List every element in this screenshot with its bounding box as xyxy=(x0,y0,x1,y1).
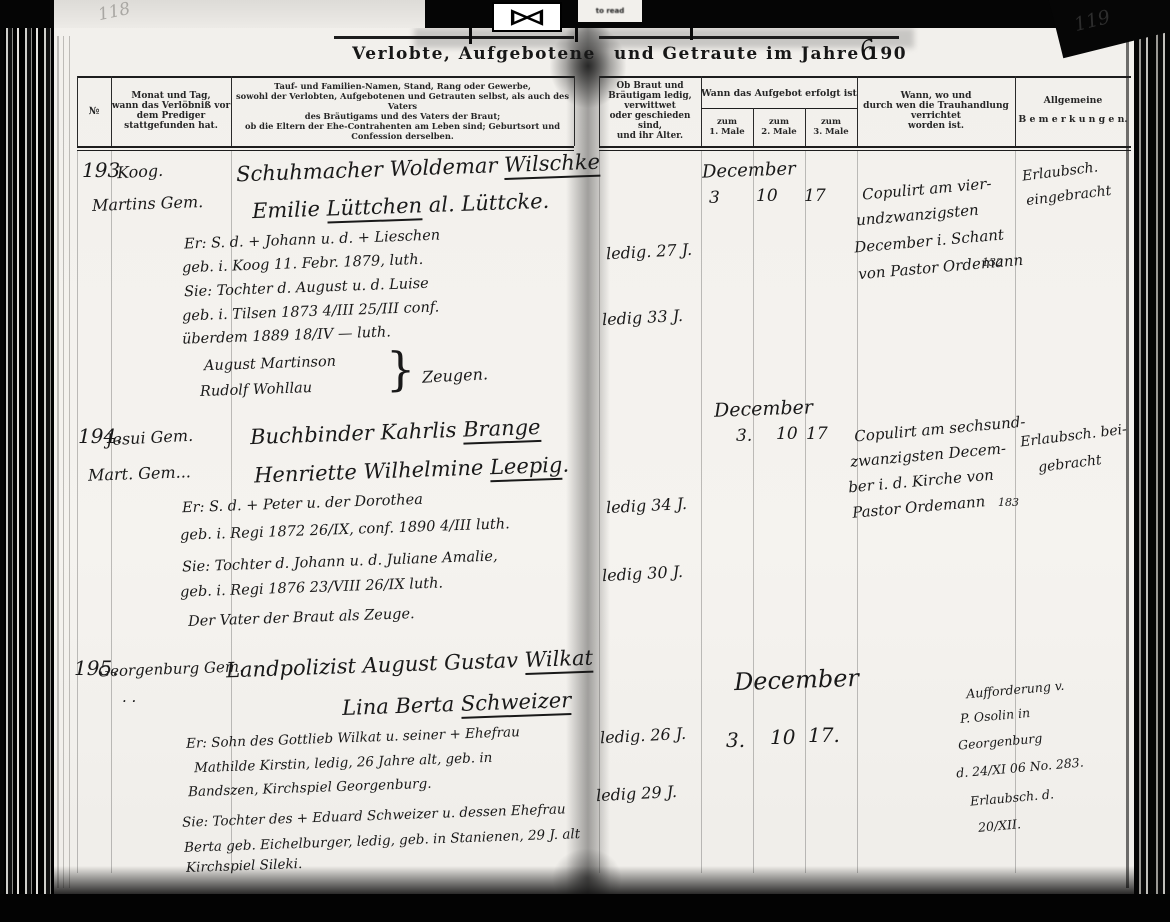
entry-detail-line: Sie: Tochter d. Johann u. d. Juliane Ama… xyxy=(182,548,498,575)
remark-line: Erlaubsch. bei- xyxy=(1019,422,1127,451)
entry-name-line: Buchbinder Kahrlis Brange xyxy=(250,415,541,449)
column-rule xyxy=(805,151,806,873)
header-banns-3: zum 3. Male xyxy=(805,110,857,144)
remark-line: P. Osolin in xyxy=(959,705,1030,726)
header-number: № xyxy=(77,78,111,144)
remark-line: gebracht xyxy=(1037,452,1102,476)
wedding-line: ber i. d. Kirche von xyxy=(847,466,994,497)
banns-date-3: 17 xyxy=(806,424,828,444)
page-edge-line xyxy=(69,36,70,888)
scan-artifact-tick xyxy=(690,28,693,40)
entry-detail-line: Sie: Tochter des + Eduard Schweizer u. d… xyxy=(182,801,566,830)
table-rule xyxy=(599,150,1131,151)
table-rule xyxy=(77,150,574,151)
remark-line: d. 24/XI 06 No. 283. xyxy=(956,754,1085,780)
table-rule xyxy=(599,146,1131,148)
entry-name-line: Lina Berta Schweizer xyxy=(342,688,572,720)
header-remarks: Allgemeine B e m e r k u n g e n. xyxy=(1015,78,1131,144)
entry-parish-line: · · xyxy=(122,692,136,710)
wedding-page-note: 183 xyxy=(998,496,1019,509)
header-date: Monat und Tag, wann das Verlöbniß vor de… xyxy=(111,78,231,144)
book-spine-edge xyxy=(4,28,54,896)
scan-artifact-line xyxy=(599,36,899,39)
table-rule xyxy=(701,108,857,109)
entry-detail-line: Mathilde Kirstin, ledig, 26 Jahre alt, g… xyxy=(194,750,493,776)
entry-name-line: Schuhmacher Woldemar Wilschke xyxy=(236,150,601,187)
entry-name-line: Emilie Lüttchen al. Lüttcke. xyxy=(252,189,550,223)
banns-date-1: 3 xyxy=(709,188,720,208)
entry-detail-line: überdem 1889 18/IV — luth. xyxy=(182,324,391,347)
wedding-line: Copulirt am vier- xyxy=(861,174,992,203)
entry-parish-line: Georgenburg Gem. xyxy=(98,657,244,680)
entry-status: ledig 30 J. xyxy=(602,562,684,585)
open-book-icon: ⋈ xyxy=(507,5,548,29)
entry-name-line: Landpolizist August Gustav Wilkat xyxy=(226,646,594,683)
banns-date-1: 3. xyxy=(726,728,745,752)
page-edge-line xyxy=(57,36,59,888)
column-rule xyxy=(599,151,600,873)
header-status: Ob Braut und Bräutigam ledig, verwittwet… xyxy=(599,78,701,144)
page-title-left: Verlobte, Aufgebotene xyxy=(344,44,604,64)
banns-date-2: 10 xyxy=(756,186,778,206)
entry-detail-line: geb. i. Tilsen 1873 4/III 25/III conf. xyxy=(182,300,440,325)
header-names: Tauf- und Familien-Namen, Stand, Rang od… xyxy=(231,78,574,144)
microfilm-label: to read xyxy=(578,0,642,22)
entry-status: ledig. 27 J. xyxy=(606,240,693,263)
column-rule xyxy=(701,151,702,873)
entry-parish-line: Martins Gem. xyxy=(92,192,204,215)
entry-parish-line: Mart. Gem... xyxy=(88,462,191,485)
scan-artifact-tick xyxy=(575,28,578,42)
banns-date-1: 3. xyxy=(736,426,752,446)
page-edge-line xyxy=(63,36,64,888)
banns-date-2: 10 xyxy=(770,725,795,749)
remark-line: Erlaubsch. d. xyxy=(970,786,1055,808)
witness-brace: } xyxy=(386,342,415,396)
entry-status: ledig. 26 J. xyxy=(600,724,687,747)
table-rule xyxy=(77,146,574,148)
entry-detail-line: Sie: Tochter d. August u. d. Luise xyxy=(184,276,429,301)
entry-detail-line: Er: Sohn des Gottlieb Wilkat u. seiner +… xyxy=(186,724,520,752)
scan-bottom-bar xyxy=(0,894,1170,922)
column-rule xyxy=(77,151,78,873)
entry-detail-line: geb. i. Koog 11. Febr. 1879, luth. xyxy=(182,252,424,276)
column-rule xyxy=(753,151,754,873)
entry-parish-line: Koog. xyxy=(117,161,164,182)
entry-detail-line: geb. i. Regi 1876 23/VIII 26/IX luth. xyxy=(180,575,444,600)
entry-witness-line: August Martinson xyxy=(204,354,337,375)
banns-month: December xyxy=(714,396,814,421)
page-title-right: und Getraute im Jahre 190 xyxy=(614,44,864,64)
entry-number: 193 xyxy=(82,158,120,182)
entry-parish-line: Jesui Gem. xyxy=(106,426,194,450)
wedding-page-note: 132 xyxy=(982,256,1003,269)
remark-line: Erlaubsch. xyxy=(1021,159,1099,184)
banns-date-3: 17. xyxy=(808,723,840,747)
wedding-line: December i. Schant xyxy=(854,225,1005,256)
entry-status: ledig 29 J. xyxy=(596,782,678,805)
wedding-line: Pastor Ordemann xyxy=(851,492,986,522)
microfilm-marker: ⋈ xyxy=(492,2,562,32)
entry-detail-line: Er: S. d. + Johann u. d. + Lieschen xyxy=(184,228,441,253)
page-stack-edge xyxy=(1136,28,1170,896)
header-banns-1: zum 1. Male xyxy=(701,110,753,144)
register-page: Verlobte, Aufgebotene und Getraute im Ja… xyxy=(54,28,1134,896)
scan-artifact-line xyxy=(334,36,574,39)
right-page-edge xyxy=(1126,28,1129,888)
header-banns-2: zum 2. Male xyxy=(753,110,805,144)
header-banns-group: Wann das Aufgebot erfolgt ist xyxy=(701,80,857,106)
entry-detail-line: Er: S. d. + Peter u. der Dorothea xyxy=(182,492,423,516)
banns-date-2: 10 xyxy=(776,424,798,444)
entry-detail-line: Der Vater der Braut als Zeuge. xyxy=(188,606,415,630)
column-rule xyxy=(111,151,112,873)
entry-witness-line: Rudolf Wohllau xyxy=(200,380,313,400)
wedding-line: undzwanzigsten xyxy=(855,201,979,230)
scan-artifact-tick xyxy=(469,28,472,44)
witness-label: Zeugen. xyxy=(422,364,489,386)
table-rule xyxy=(574,76,575,146)
remark-line: Georgenburg xyxy=(958,730,1043,752)
remark-line: eingebracht xyxy=(1025,183,1112,209)
entry-status: ledig 33 J. xyxy=(602,306,684,329)
entry-detail-line: Berta geb. Eichelburger, ledig, geb. in … xyxy=(184,826,581,856)
header-wedding: Wann, wo und durch wen die Trauhandlung … xyxy=(857,78,1015,144)
entry-status: ledig 34 J. xyxy=(606,494,688,517)
entry-detail-line: Bandszen, Kirchspiel Georgenburg. xyxy=(188,776,432,800)
entry-detail-line: geb. i. Regi 1872 26/IX, conf. 1890 4/II… xyxy=(180,516,510,544)
banns-date-3: 17 xyxy=(804,186,826,206)
microfilm-scan: 118 Verlobte, Aufgebotene und Getraute i… xyxy=(0,0,1170,922)
banns-month: December xyxy=(702,158,796,182)
banns-month: December xyxy=(734,664,860,696)
entry-name-line: Henriette Wilhelmine Leepig. xyxy=(254,453,570,488)
